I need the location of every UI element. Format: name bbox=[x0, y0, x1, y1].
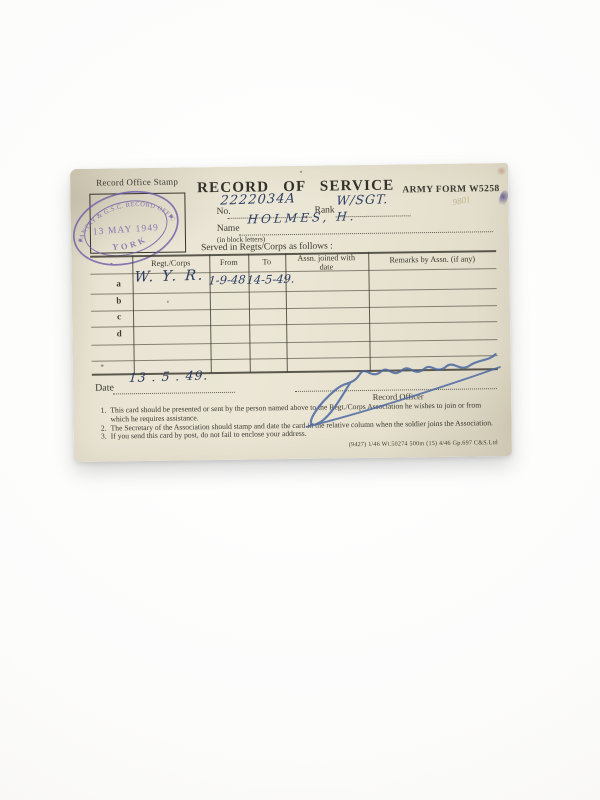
record-of-service-card: Record Office Stamp INFANTRY & G.S.C. RE… bbox=[70, 163, 512, 462]
paper-speck bbox=[101, 365, 104, 367]
paper-speck bbox=[167, 301, 169, 303]
name-label: Name bbox=[217, 224, 240, 234]
header-to: To bbox=[248, 257, 285, 267]
date-label: Date bbox=[95, 382, 114, 393]
row-a-from-value: 1-9-48 bbox=[208, 272, 246, 287]
pencil-note: 9801 bbox=[452, 194, 472, 207]
header-assn-joined: Assn. joined with date bbox=[293, 253, 359, 272]
svg-text:INFANTRY & G.S.C. RECORD OFFIC: INFANTRY & G.S.C. RECORD OFFICE bbox=[58, 175, 177, 252]
row-a-to-value: 14-5-49. bbox=[246, 272, 295, 288]
note-1-number: 1. bbox=[93, 407, 106, 425]
paper-speck bbox=[300, 171, 302, 173]
service-number-value: 2222034A bbox=[220, 191, 297, 208]
row-label-c: c bbox=[112, 311, 126, 321]
row-label-a: a bbox=[112, 278, 126, 288]
corner-smudge bbox=[496, 167, 507, 175]
row-label-d: d bbox=[112, 328, 126, 338]
stamp-date: 13 MAY 1949 bbox=[93, 223, 160, 237]
svg-text:YORK: YORK bbox=[110, 233, 150, 255]
header-from: From bbox=[209, 258, 248, 268]
served-in-line: Served in Regts/Corps as follows : bbox=[201, 241, 333, 253]
header-remarks: Remarks by Assn. (if any) bbox=[368, 254, 496, 265]
printers-code: (9427) 1/46 Wt.50274 500m (15) 4/46 Gp.6… bbox=[312, 439, 498, 449]
army-form-number: ARMY FORM W5258 bbox=[402, 184, 499, 195]
table-row-line bbox=[91, 321, 497, 328]
header-regt-corps: Regt./Corps bbox=[132, 258, 209, 268]
date-value: 13 . 5 . 49. bbox=[128, 367, 209, 385]
table-row-line bbox=[91, 288, 497, 295]
row-label-b: b bbox=[112, 295, 126, 305]
table-row-line bbox=[91, 305, 497, 312]
row-a-regt-value: W. Y. R. bbox=[134, 268, 205, 286]
rank-value: W/SGT. bbox=[336, 191, 389, 208]
stamp-arc-bottom-text: YORK bbox=[110, 233, 150, 255]
note-3-number: 3. bbox=[94, 433, 107, 442]
photo-background: Record Office Stamp INFANTRY & G.S.C. RE… bbox=[0, 0, 600, 800]
stamp-arc-top-text: INFANTRY & G.S.C. RECORD OFFICE bbox=[58, 175, 177, 252]
record-officer-signature bbox=[247, 331, 506, 441]
